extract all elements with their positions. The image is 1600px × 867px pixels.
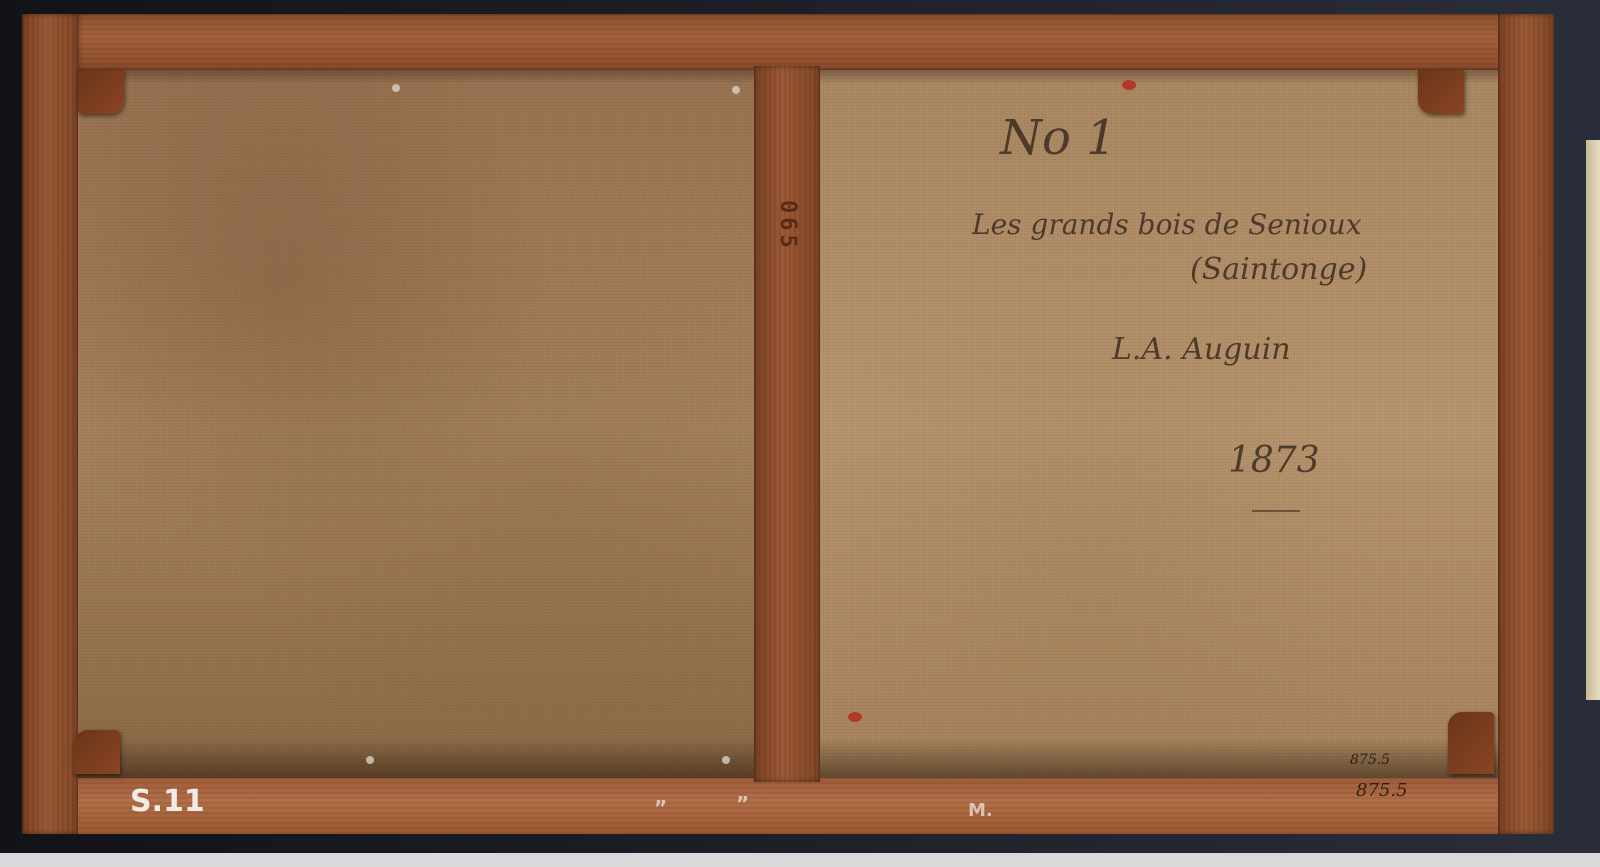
bottom-strip: [0, 853, 1600, 867]
corner-key-bottom-right: [1448, 712, 1494, 774]
inventory-number-frame: 875.5: [1356, 780, 1408, 801]
wax-seal: [848, 712, 862, 722]
inventory-number-canvas: 875.5: [1350, 752, 1390, 768]
chalk-label: S.11: [130, 784, 205, 819]
inscription-title: Les grands bois de Senioux: [972, 208, 1361, 241]
inscription-year: 1873: [1228, 440, 1320, 481]
corner-key-top-left: [78, 70, 124, 114]
stretcher-top-bar: [78, 14, 1528, 70]
center-brace: [754, 66, 820, 782]
underline: [1252, 510, 1300, 512]
tack: [392, 84, 400, 92]
canvas-right-panel: [820, 70, 1498, 778]
stretcher-left-bar: [22, 14, 78, 834]
chalk-mark: ”: [736, 792, 749, 816]
paper-edge: [1586, 140, 1600, 700]
wax-seal: [1122, 80, 1136, 90]
canvas-left-panel: [78, 70, 754, 778]
tack: [366, 756, 374, 764]
tack: [732, 86, 740, 94]
stretcher-right-bar: [1498, 14, 1554, 834]
inscription-number: No 1: [1000, 110, 1117, 166]
chalk-mark: ”: [654, 796, 667, 820]
brace-stamp: 065: [775, 200, 800, 252]
corner-key-bottom-left: [74, 730, 120, 774]
tack: [722, 756, 730, 764]
corner-key-top-right: [1418, 70, 1464, 114]
inscription-artist: L.A. Auguin: [1112, 332, 1291, 367]
inscription-region: (Saintonge): [1190, 252, 1367, 287]
stretcher-bottom-bar: [78, 778, 1528, 834]
chalk-mark: M.: [968, 800, 993, 821]
